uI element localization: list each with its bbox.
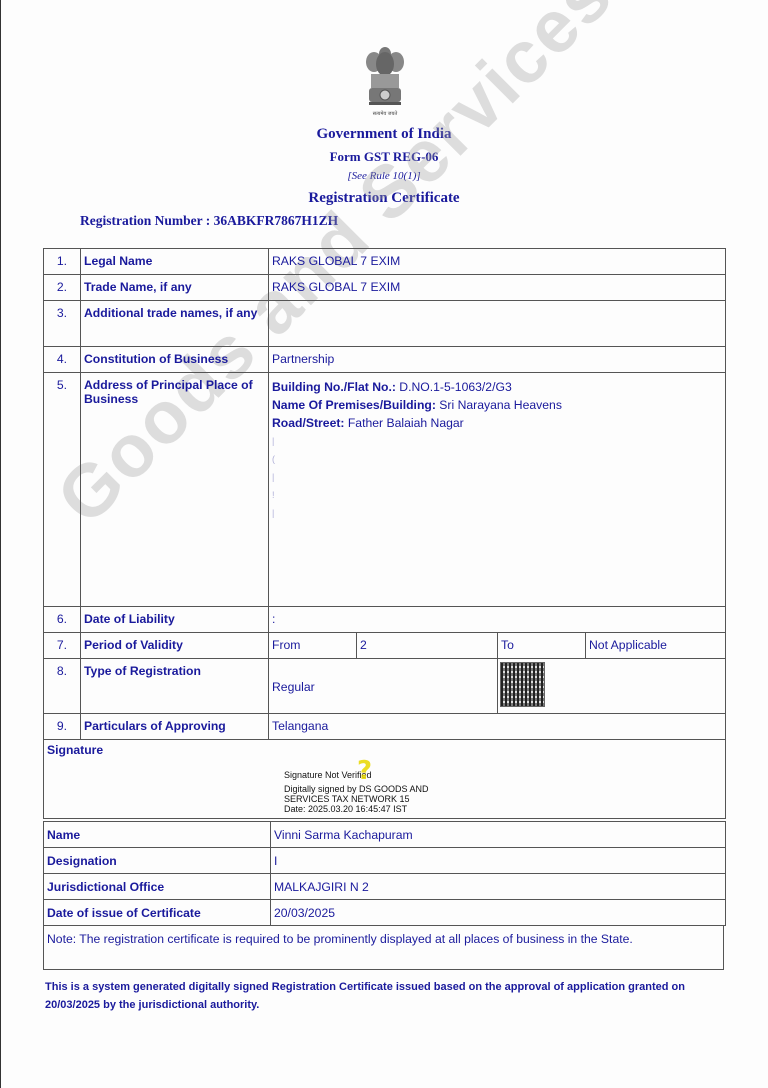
- approving-authority-value: Telangana: [269, 714, 726, 740]
- row-label: Trade Name, if any: [81, 275, 269, 301]
- row-number: 3.: [44, 301, 81, 347]
- validity-from-label: From: [269, 633, 357, 659]
- row-label: Constitution of Business: [81, 347, 269, 373]
- table-row: 5. Address of Principal Place of Busines…: [44, 373, 726, 607]
- registration-number-label: Registration Number :: [80, 213, 210, 228]
- issue-date-value: 20/03/2025: [271, 900, 726, 926]
- system-generated-footer: This is a system generated digitally sig…: [45, 978, 725, 1014]
- officer-table: Name Vinni Sarma Kachapuram Designation …: [43, 821, 726, 926]
- address-road: Road/Street: Father Balaiah Nagar: [272, 414, 722, 432]
- row-label: Period of Validity: [81, 633, 269, 659]
- table-row: Name Vinni Sarma Kachapuram: [44, 822, 726, 848]
- row-number: 6.: [44, 607, 81, 633]
- address-premises: Name Of Premises/Building: Sri Narayana …: [272, 396, 722, 414]
- signature-row: Signature Signature Not Verified Digital…: [44, 740, 726, 819]
- table-row: Designation I: [44, 848, 726, 874]
- officer-name-label: Name: [44, 822, 271, 848]
- designation-value: I: [271, 848, 726, 874]
- qr-code-icon: [500, 662, 545, 707]
- government-heading: Government of India: [0, 126, 768, 143]
- signature-line-2: SERVICES TAX NETWORK 15: [284, 794, 429, 804]
- address-redacted-line: !: [272, 486, 722, 504]
- table-row: 6. Date of Liability :: [44, 607, 726, 633]
- table-row: 1. Legal Name RAKS GLOBAL 7 EXIM: [44, 249, 726, 275]
- address-value: Building No./Flat No.: D.NO.1-5-1063/2/G…: [269, 373, 726, 607]
- signature-label: Signature: [47, 743, 722, 757]
- rule-reference: [See Rule 10(1)]: [0, 170, 768, 182]
- row-number: 1.: [44, 249, 81, 275]
- jurisdictional-office-label: Jurisdictional Office: [44, 874, 271, 900]
- row-number: 7.: [44, 633, 81, 659]
- row-number: 9.: [44, 714, 81, 740]
- trade-name-value: RAKS GLOBAL 7 EXIM: [269, 275, 726, 301]
- issue-date-label: Date of issue of Certificate: [44, 900, 271, 926]
- legal-name-value: RAKS GLOBAL 7 EXIM: [269, 249, 726, 275]
- national-emblem-icon: सत्यमेव जयते: [361, 40, 409, 118]
- constitution-value: Partnership: [269, 347, 726, 373]
- row-number: 4.: [44, 347, 81, 373]
- address-building: Building No./Flat No.: D.NO.1-5-1063/2/G…: [272, 378, 722, 396]
- row-number: 5.: [44, 373, 81, 607]
- registration-number: Registration Number : 36ABKFR7867H1ZH: [80, 213, 338, 229]
- table-row: 7. Period of Validity From 2 To Not Appl…: [44, 633, 726, 659]
- address-redacted-line: |: [272, 504, 722, 522]
- table-row: Jurisdictional Office MALKAJGIRI N 2: [44, 874, 726, 900]
- address-redacted-line: |: [272, 468, 722, 486]
- row-label: Type of Registration: [81, 659, 269, 714]
- date-of-liability-value: :: [269, 607, 726, 633]
- table-row: 4. Constitution of Business Partnership: [44, 347, 726, 373]
- additional-trade-names-value: [269, 301, 726, 347]
- row-label: Legal Name: [81, 249, 269, 275]
- officer-name-value: Vinni Sarma Kachapuram: [271, 822, 726, 848]
- certificate-title: Registration Certificate: [0, 190, 768, 207]
- validity-from-value: 2: [357, 633, 498, 659]
- row-number: 2.: [44, 275, 81, 301]
- registration-number-value: 36ABKFR7867H1ZH: [214, 213, 339, 228]
- display-note: Note: The registration certificate is re…: [43, 925, 724, 970]
- signature-cell: Signature Signature Not Verified Digital…: [44, 740, 726, 819]
- table-row: 8. Type of Registration Regular: [44, 659, 726, 714]
- validity-to-label: To: [498, 633, 586, 659]
- designation-label: Designation: [44, 848, 271, 874]
- signature-unverified-icon[interactable]: ?: [357, 764, 372, 778]
- svg-text:सत्यमेव जयते: सत्यमेव जयते: [373, 110, 398, 117]
- table-row: Date of issue of Certificate 20/03/2025: [44, 900, 726, 926]
- address-redacted-line: (: [272, 450, 722, 468]
- row-label: Date of Liability: [81, 607, 269, 633]
- row-label: Additional trade names, if any: [81, 301, 269, 347]
- signature-line-3: Date: 2025.03.20 16:45:47 IST: [284, 804, 429, 814]
- registration-type-value: Regular: [269, 659, 498, 714]
- details-table: 1. Legal Name RAKS GLOBAL 7 EXIM 2. Trad…: [43, 248, 726, 819]
- address-redacted-line: |: [272, 432, 722, 450]
- form-heading: Form GST REG-06: [0, 149, 768, 165]
- table-row: 2. Trade Name, if any RAKS GLOBAL 7 EXIM: [44, 275, 726, 301]
- row-number: 8.: [44, 659, 81, 714]
- table-row: 9. Particulars of Approving Telangana: [44, 714, 726, 740]
- jurisdictional-office-value: MALKAJGIRI N 2: [271, 874, 726, 900]
- validity-to-value: Not Applicable: [586, 633, 726, 659]
- table-row: 3. Additional trade names, if any: [44, 301, 726, 347]
- row-label: Address of Principal Place of Business: [81, 373, 269, 607]
- row-label: Particulars of Approving: [81, 714, 269, 740]
